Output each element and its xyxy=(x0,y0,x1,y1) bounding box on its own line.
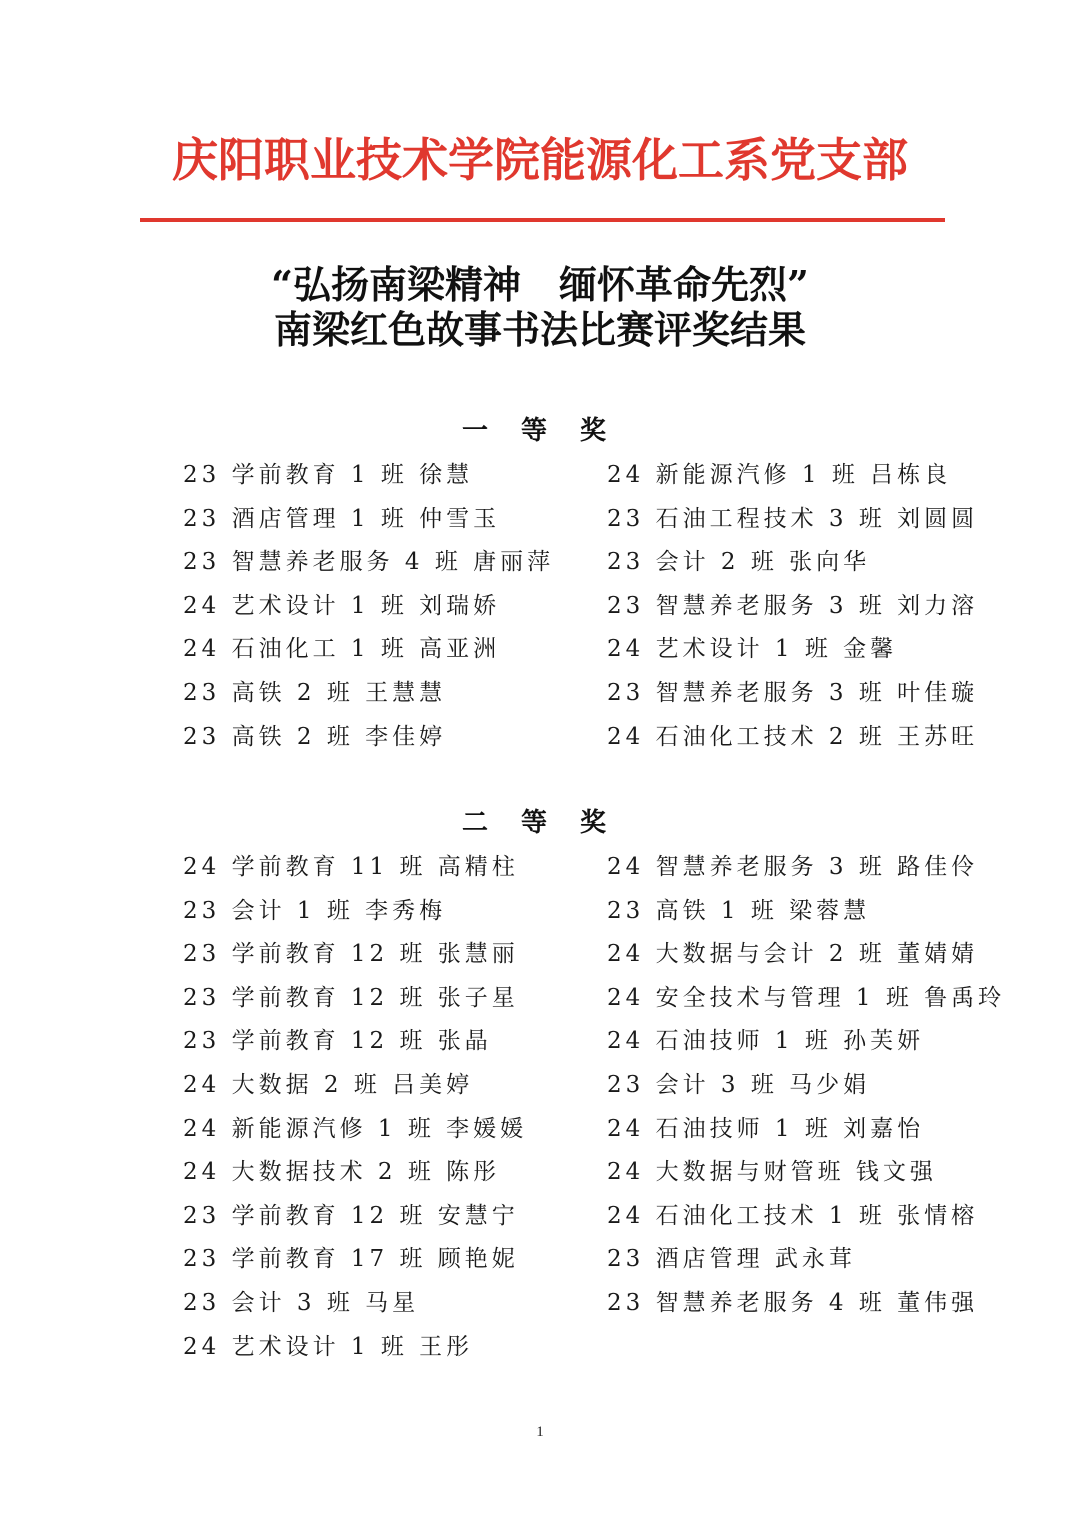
award-entry: 23 会计 3 班 马星 xyxy=(183,1286,607,1330)
award-entry: 23 石油工程技术 3 班 刘圆圆 xyxy=(607,502,1007,546)
award-entry: 23 会计 3 班 马少娟 xyxy=(607,1068,1007,1112)
section-heading-first-prize: 一 等 奖 xyxy=(0,414,1080,448)
award-entry: 24 艺术设计 1 班 金馨 xyxy=(607,632,1007,676)
second-prize-list: 24 学前教育 11 班 高精柱 24 智慧养老服务 3 班 路佳伶 23 会计… xyxy=(183,850,1003,1373)
document-title-line-2: 南梁红色故事书法比赛评奖结果 xyxy=(0,307,1080,353)
document-title-line-1: “弘扬南梁精神 缅怀革命先烈” xyxy=(0,262,1080,308)
award-entry: 24 学前教育 11 班 高精柱 xyxy=(183,850,607,894)
award-entry: 24 安全技术与管理 1 班 鲁禹玲 xyxy=(607,981,1007,1025)
first-prize-list: 23 学前教育 1 班 徐慧 24 新能源汽修 1 班 吕栋良 23 酒店管理 … xyxy=(183,458,1003,763)
award-entry: 23 学前教育 12 班 安慧宁 xyxy=(183,1199,607,1243)
red-divider xyxy=(140,218,945,222)
award-entry: 23 智慧养老服务 3 班 刘力溶 xyxy=(607,589,1007,633)
award-entry: 23 智慧养老服务 3 班 叶佳璇 xyxy=(607,676,1007,720)
award-entry: 23 学前教育 17 班 顾艳妮 xyxy=(183,1242,607,1286)
award-entry: 23 高铁 2 班 李佳婷 xyxy=(183,720,607,764)
org-title: 庆阳职业技术学院能源化工系党支部 xyxy=(0,128,1080,192)
page-number: 1 xyxy=(0,1424,1080,1441)
award-entry: 23 高铁 1 班 梁蓉慧 xyxy=(607,894,1007,938)
award-entry: 24 石油化工技术 1 班 张情榕 xyxy=(607,1199,1007,1243)
award-entry: 23 学前教育 12 班 张晶 xyxy=(183,1024,607,1068)
award-entry: 23 学前教育 1 班 徐慧 xyxy=(183,458,607,502)
award-entry: 24 智慧养老服务 3 班 路佳伶 xyxy=(607,850,1007,894)
award-entry: 23 学前教育 12 班 张慧丽 xyxy=(183,937,607,981)
award-entry: 23 智慧养老服务 4 班 唐丽萍 xyxy=(183,545,607,589)
award-entry: 24 新能源汽修 1 班 李媛媛 xyxy=(183,1112,607,1156)
award-entry: 23 酒店管理 武永茸 xyxy=(607,1242,1007,1286)
award-entry: 24 大数据与会计 2 班 董婧婧 xyxy=(607,937,1007,981)
award-entry: 24 大数据与财管班 钱文强 xyxy=(607,1155,1007,1199)
award-entry: 23 智慧养老服务 4 班 董伟强 xyxy=(607,1286,1007,1330)
award-entry: 24 石油化工 1 班 高亚洲 xyxy=(183,632,607,676)
award-entry: 24 石油技师 1 班 刘嘉怡 xyxy=(607,1112,1007,1156)
award-entry: 24 新能源汽修 1 班 吕栋良 xyxy=(607,458,1007,502)
award-entry: 24 大数据 2 班 吕美婷 xyxy=(183,1068,607,1112)
award-entry: 24 艺术设计 1 班 刘瑞娇 xyxy=(183,589,607,633)
award-entry: 24 艺术设计 1 班 王彤 xyxy=(183,1330,607,1374)
section-heading-second-prize: 二 等 奖 xyxy=(0,806,1080,840)
award-entry: 23 会计 2 班 张向华 xyxy=(607,545,1007,589)
award-entry: 23 学前教育 12 班 张子星 xyxy=(183,981,607,1025)
award-entry: 23 酒店管理 1 班 仲雪玉 xyxy=(183,502,607,546)
award-entry: 23 会计 1 班 李秀梅 xyxy=(183,894,607,938)
award-entry: 24 大数据技术 2 班 陈彤 xyxy=(183,1155,607,1199)
award-entry: 24 石油技师 1 班 孙芙妍 xyxy=(607,1024,1007,1068)
award-entry: 24 石油化工技术 2 班 王苏旺 xyxy=(607,720,1007,764)
award-entry: 23 高铁 2 班 王慧慧 xyxy=(183,676,607,720)
